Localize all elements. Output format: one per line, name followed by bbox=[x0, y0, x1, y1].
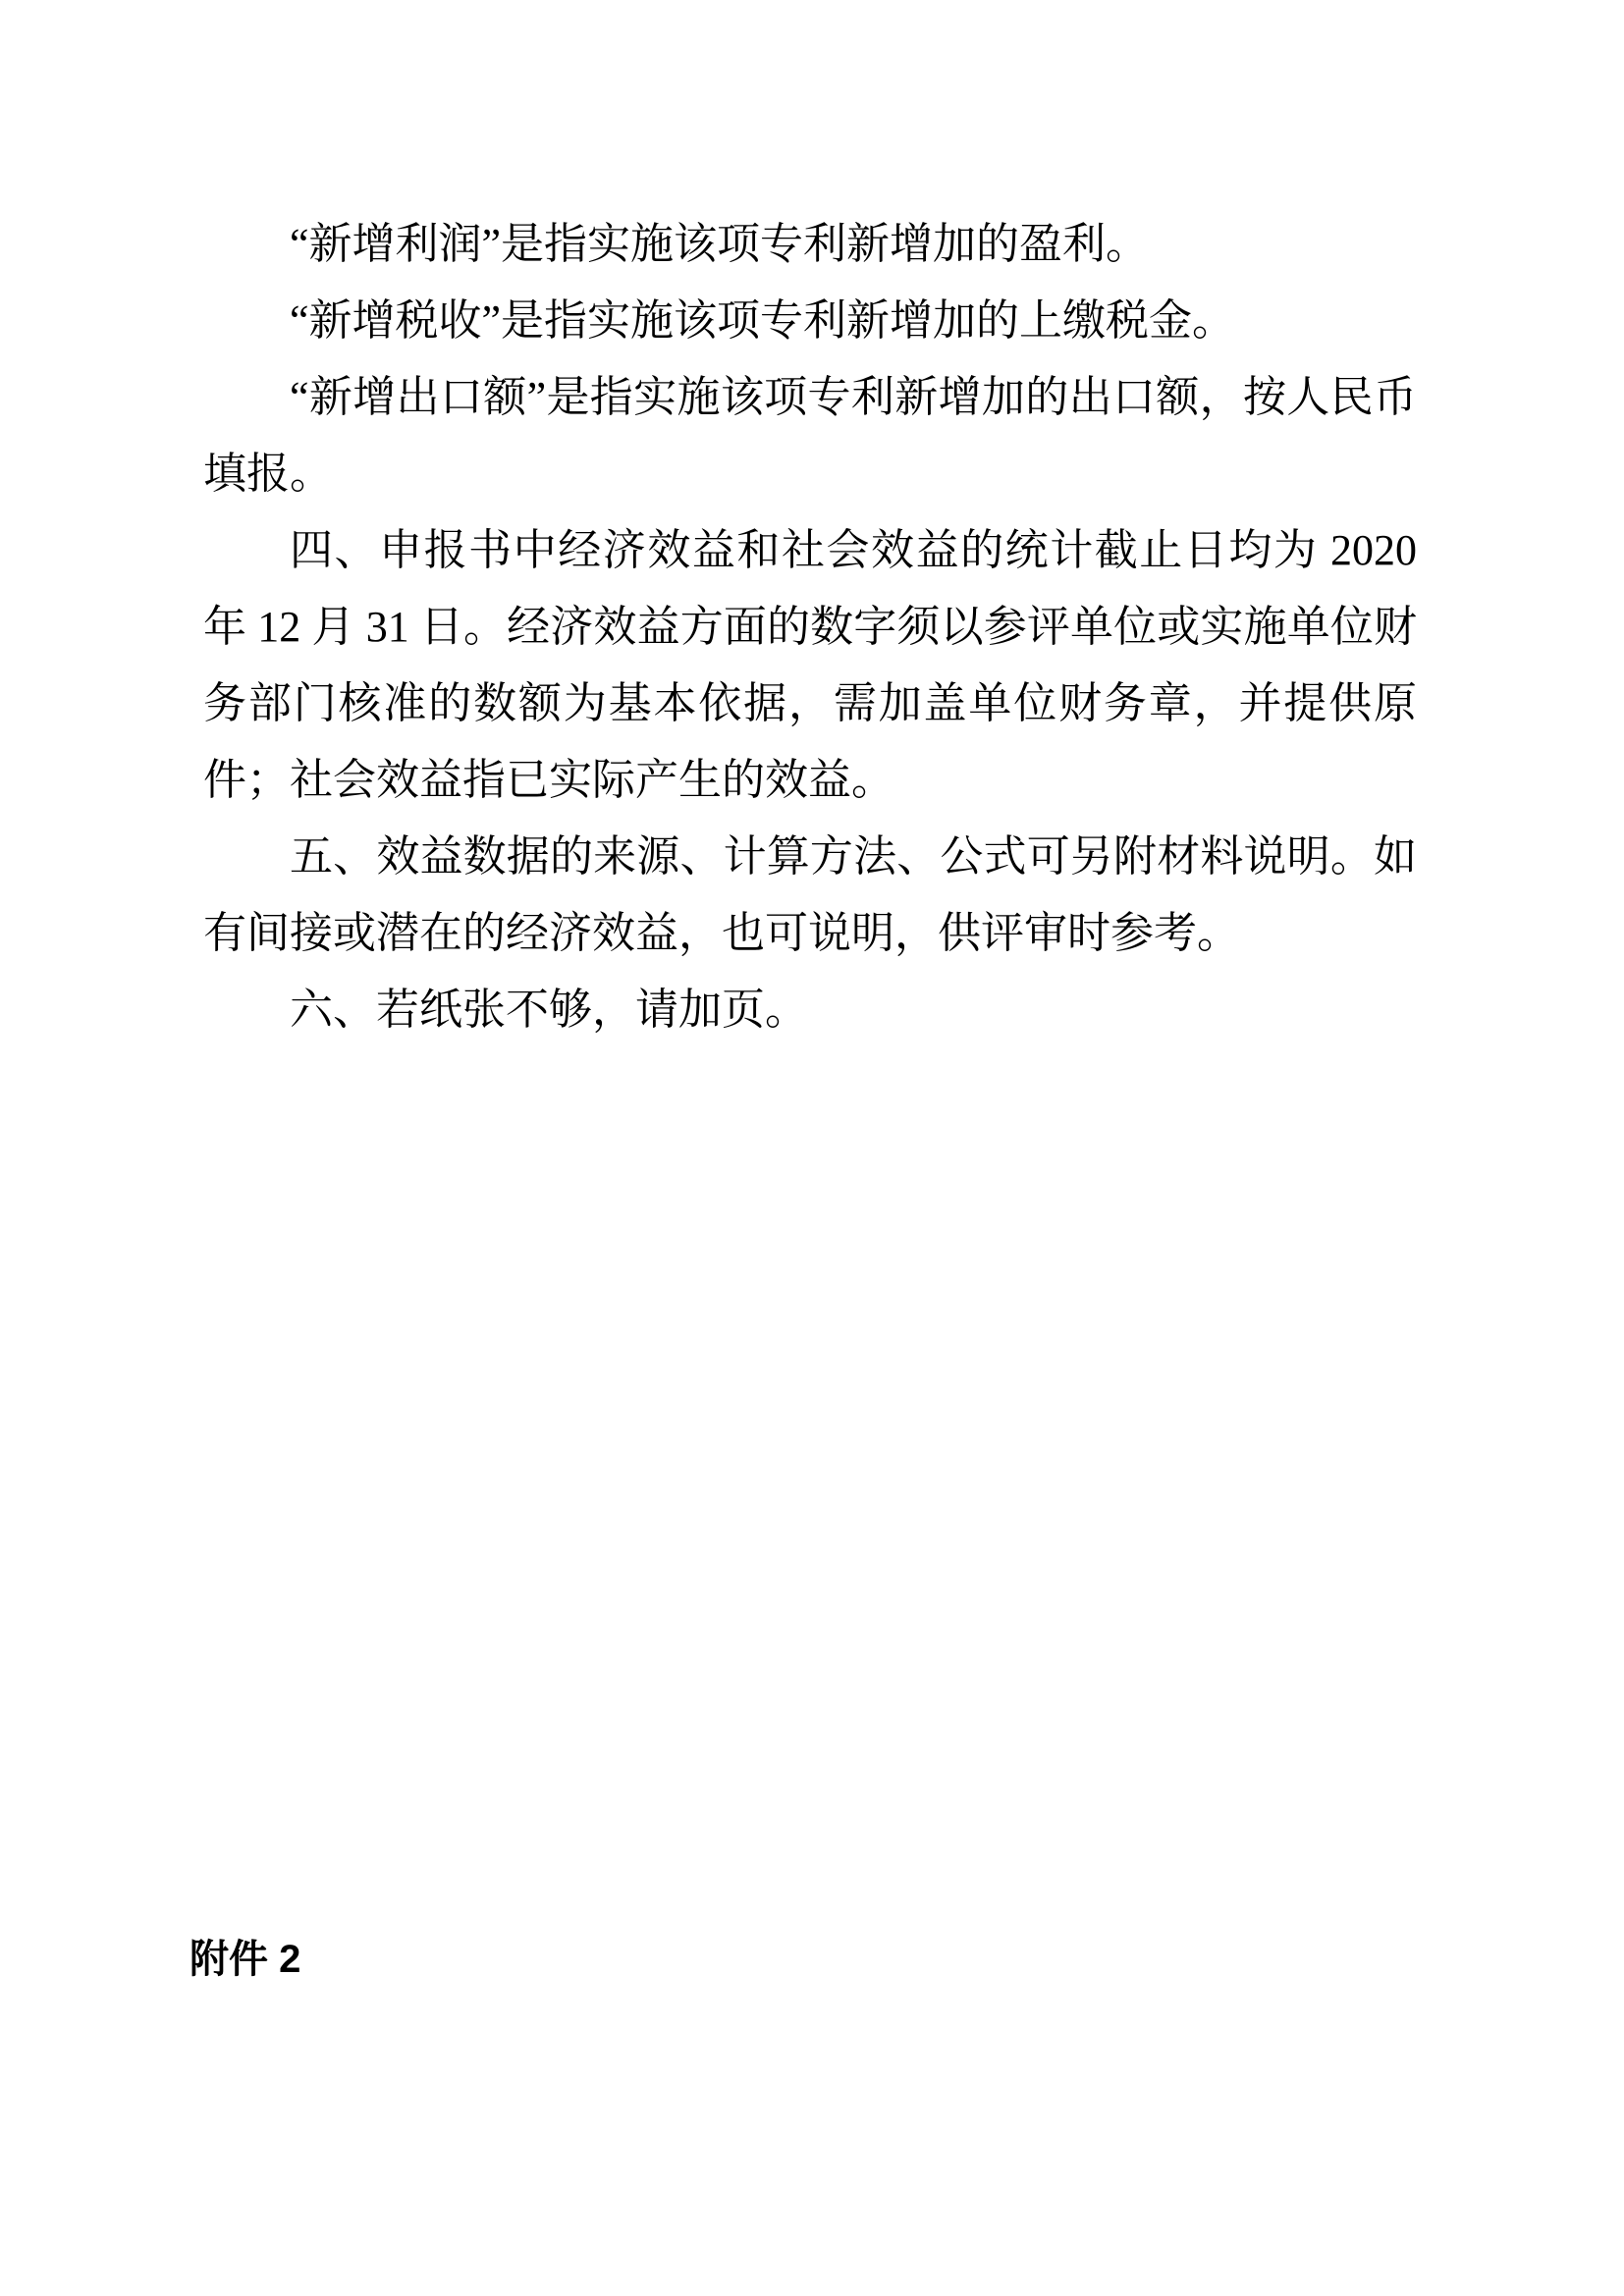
document-page: “新增利润”是指实施该项专利新增加的盈利。 “新增税收”是指实施该项专利新增加的… bbox=[0, 0, 1624, 2296]
paragraph-new-tax: “新增税收”是指实施该项专利新增加的上缴税金。 bbox=[203, 283, 1417, 359]
paragraph-new-export: “新增出口额”是指实施该项专利新增加的出口额，按人民币填报。 bbox=[203, 359, 1417, 512]
paragraph-item-six: 六、若纸张不够，请加页。 bbox=[203, 972, 1417, 1048]
paragraph-new-profit: “新增利润”是指实施该项专利新增加的盈利。 bbox=[203, 206, 1417, 283]
attachment-label: 附件 2 bbox=[189, 1936, 300, 1983]
paragraph-item-five: 五、效益数据的来源、计算方法、公式可另附材料说明。如有间接或潜在的经济效益，也可… bbox=[203, 819, 1417, 972]
document-body: “新增利润”是指实施该项专利新增加的盈利。 “新增税收”是指实施该项专利新增加的… bbox=[203, 206, 1417, 1048]
paragraph-item-four: 四、申报书中经济效益和社会效益的统计截止日均为 2020 年 12 月 31 日… bbox=[203, 512, 1417, 819]
